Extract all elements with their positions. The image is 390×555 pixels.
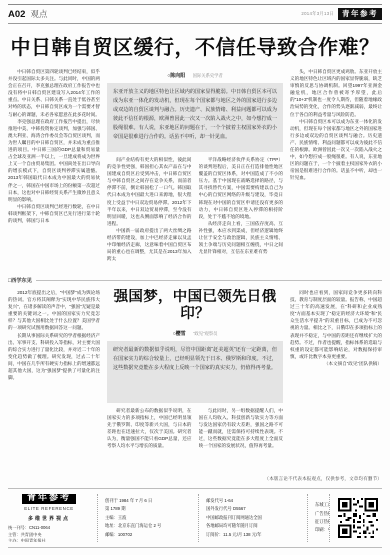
- qr-code: [338, 498, 378, 538]
- paragraph: 研究者最新公布的数据似乎说明，在国家实力的多项指标上，中国已经明显领先于俄罗斯、…: [107, 407, 192, 450]
- overseas-code: 国外发行代号 D5567: [206, 505, 300, 513]
- footer-english-name: ELITE REFERENCE: [24, 505, 74, 513]
- section-divider: □西学东见: [8, 277, 382, 284]
- article2-headline: 强国梦，中国已领先日俄印？: [107, 289, 283, 324]
- paragraph: 李克强总理在政府工作报告中提出，尽快推进中美、中韩投资协定谈判，加强与韩国、澳大…: [8, 118, 100, 203]
- footer-brand-lines: 统一刊号：CN11-0064 主管：共青团中央 主办：中国青年报社: [8, 525, 90, 542]
- paragraph: 2012年底提出之后，“中国梦”成为舆论场的热词。官方将其阐释为“实现中华民族伟…: [8, 289, 100, 332]
- publication-footer: 青年参考 ELITE REFERENCE 多维世界视点 统一刊号：CN11-00…: [8, 488, 382, 548]
- footer-publication-info: 创刊于 1984 年 7 月 6 日 第 1789 期 主编：王波 地址：北京东…: [97, 494, 198, 542]
- footer-qr-block: [329, 494, 382, 542]
- divider-line: [36, 280, 382, 281]
- masthead-logo: 青年参考: [338, 8, 382, 20]
- founded-date: 创刊于 1984 年 7 月 6 日: [105, 497, 191, 505]
- paragraph: 从经济走向上看，三国依存度高、互补性强，本应水到渠成，但经济逻辑始终让位于安全与…: [199, 220, 284, 255]
- issue-date: 2014年3月13日: [301, 11, 334, 17]
- article1-center-columns: 间产业结构有更大的相似性，彼此间的竞争性更强，韩国担心其农产品在与中国建成自贸区…: [107, 156, 283, 270]
- page-number: A02: [8, 9, 25, 20]
- section-name: 观点: [30, 8, 47, 20]
- article2-center-columns: 研究者最新公布的数据似乎说明，在国家实力的多项指标上，中国已经明显领先于俄罗斯、…: [107, 407, 283, 467]
- ad-hotline: 广告热线：010-64098775: [315, 510, 322, 518]
- footer-slogan: 多维世界视点: [28, 515, 70, 523]
- article2-body: 2012年底提出之后，“中国梦”成为舆论场的热词。官方将其阐释为“实现中华民族伟…: [8, 289, 382, 467]
- organizer: 主办：中国青年报社: [8, 538, 90, 542]
- article2-column-left: 2012年底提出之后，“中国梦”成为舆论场的热词。官方将其阐释为“实现中华民族伟…: [8, 289, 100, 467]
- paragraph: 平洋战略经济伙伴关系协定（TPP）的谈判进程后，美日正在打造排他性地区覆盖的自贸…: [199, 156, 284, 220]
- subscribe-hotline: 征订热线：010-64098764: [315, 518, 322, 526]
- author-role: “政见”观察员: [193, 331, 217, 336]
- newspaper-page: A02 观点 2014年3月13日 青年参考 中日韩自贸区缓行，不信任导致合作难…: [0, 0, 390, 555]
- printer: 印刷：中国青年报社印刷厂: [315, 526, 322, 534]
- paragraph: 间产业结构有更大的相似性，彼此间的竞争性更强，韩国担心其农产品在与中国建成自贸区…: [107, 156, 192, 227]
- author-name: ○樱雪: [173, 331, 186, 337]
- paragraph: 中日韩自贸区本可以成为东亚一体化的发动机，但现在每个国家都与地区之外的国家进行多…: [290, 118, 382, 182]
- page-disclaimer: （本版言论不代表本报观点，仅供参考，文章均有删节）: [8, 476, 382, 482]
- column-section-label: □西学东见: [8, 277, 32, 284]
- subscription-offices: 各地邮局均可随年随月订阅: [206, 522, 300, 530]
- article1-body: 中日韩自贸区第四轮谈判已经结束，似乎并没引起国际太多关注。与此同时，中国的两会正…: [8, 68, 382, 270]
- article2-byline: ○樱雪 “政见”观察员: [107, 327, 283, 338]
- article1-byline: ○陈向阳 国际关系史学者: [107, 69, 283, 80]
- ad-license: 东城工商广审 0106 号: [315, 501, 322, 509]
- subscription-network: 中国邮政报刊订阅网通达全国: [206, 514, 300, 522]
- author-role: 国际关系史学者: [193, 73, 223, 78]
- address: 地址：北京东直门海运仓 2 号: [105, 522, 191, 530]
- paragraph: 中日韩自贸区谈判已经进行数轮，在中日韩谈判框架下，中韩自贸区已先行进行第十轮的谈…: [8, 203, 100, 224]
- article-source-credit: （本文摘自“政见”团队供稿）: [290, 360, 382, 367]
- article2-column-right: 同时也应看到，国家间竞争更多转向科技、教育与制度层面的较量。报告称，中国超过三十…: [290, 289, 382, 467]
- header-right: 2014年3月13日 青年参考: [301, 8, 382, 20]
- header-left: A02 观点: [8, 8, 47, 20]
- footer-distribution-info: 邮发代号 1-64 国外发行代号 D5567 中国邮政报刊订阅网通达全国 各地邮…: [198, 494, 307, 542]
- postal-code: 邮发代号 1-64: [206, 497, 300, 505]
- author-name: ○陈向阳: [167, 73, 185, 79]
- article1-pullquote-box: 东亚开放主义的地区特色让区域内的国家显得脆弱。中日韩自贸区本可以成为东亚一体化的…: [107, 83, 283, 152]
- article2-pullquote-box: 研究者最新的数据似乎说明，尽管中国距离“赶美超英”还有一定距离，但在国家实力的综…: [107, 341, 283, 403]
- article1-column-right: 头，中日韩自贸区更成鸡肋。东亚开放主义的地区特色让区域内的国家显得脆弱，缺乏审慎…: [290, 68, 382, 270]
- article2-center-zone: 强国梦，中国已领先日俄印？ ○樱雪 “政见”观察员 研究者最新的数据似乎说明，尽…: [107, 289, 283, 467]
- article2-column-3: 与此同时，另一组数据提醒人们，中国在人均收入、科技创新与软实力等方面与发达国家仍…: [199, 407, 284, 467]
- paragraph: 同时也应看到，国家间竞争更多转向科技、教育与制度层面的较量。报告称，中国超过三十…: [290, 289, 382, 360]
- issue-number: 第 1789 期: [105, 505, 191, 513]
- subscription-price: 订阅价：11.5 元/月 138 元/年: [206, 531, 300, 539]
- article2-column-2: 研究者最新公布的数据似乎说明，在国家实力的多项指标上，中国已经明显领先于俄罗斯、…: [107, 407, 192, 467]
- serial-number: 统一刊号：CN11-0064: [8, 525, 90, 532]
- chief-editor: 主编：王波: [105, 514, 191, 522]
- article1-column-2: 间产业结构有更大的相似性，彼此间的竞争性更强，韩国担心其农产品在与中国建成自贸区…: [107, 156, 192, 270]
- paragraph: 中日韩自贸区第四轮谈判已经结束，似乎并没引起国际太多关注。与此同时，中国的两会正…: [8, 68, 100, 118]
- postcode: 邮编：100702: [105, 531, 191, 539]
- article1-column-left: 中日韩自贸区第四轮谈判已经结束，似乎并没引起国际太多关注。与此同时，中国的两会正…: [8, 68, 100, 270]
- article1-column-3: 平洋战略经济伙伴关系协定（TPP）的谈判进程后，美日正在打造排他性地区覆盖的自贸…: [199, 156, 284, 270]
- paragraph: 中国新一届政府提出了两大丝绸之路经济带的建设，加上中巴经济走廊以及孟中印缅经济走…: [107, 227, 192, 262]
- article1-center-zone: ○陈向阳 国际关系史学者 东亚开放主义的地区特色让区域内的国家显得脆弱。中日韩自…: [107, 68, 283, 270]
- footer-brand-block: 青年参考 ELITE REFERENCE 多维世界视点 统一刊号：CN11-00…: [8, 494, 97, 542]
- footer-masthead-logo: 青年参考: [22, 494, 76, 504]
- paragraph: 头，中日韩自贸区更成鸡肋。东亚开放主义的地区特色让区域内的国家显得脆弱，缺乏审慎…: [290, 68, 382, 118]
- footer-contact-info: 东城工商广审 0106 号 广告热线：010-64098775 征订热线：010…: [307, 494, 329, 542]
- paragraph: 与此同时，另一组数据提醒人们，中国在人均收入、科技创新与软实力等方面与发达国家仍…: [199, 407, 284, 450]
- paragraph: 长期从事国际关系研究的学者根据经济产出、军事开支、科研投入等指标，对主要大国的综…: [8, 332, 100, 382]
- article1-headline: 中日韩自贸区缓行，不信任导致合作难？: [8, 37, 382, 60]
- page-header: A02 观点 2014年3月13日 青年参考: [8, 4, 382, 24]
